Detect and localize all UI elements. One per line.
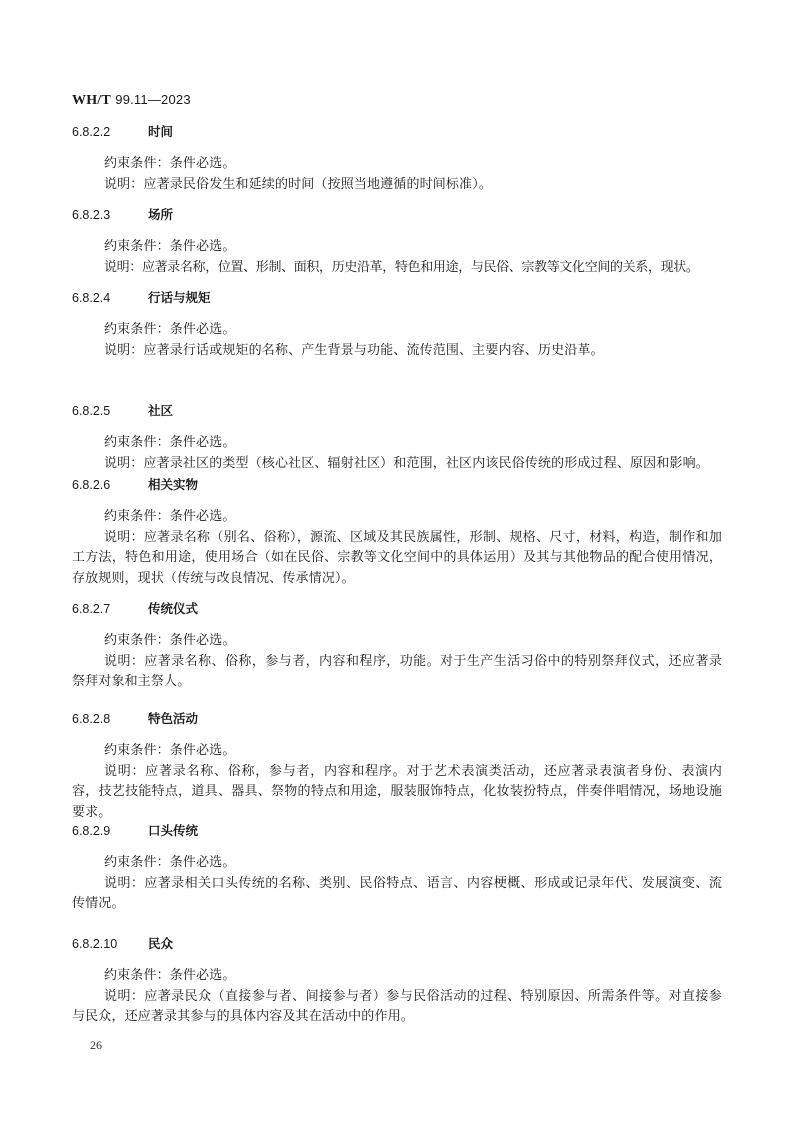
section-6-8-2-7: 6.8.2.7传统仪式 约束条件：条件必选。 说明：应著录名称、俗称，参与者，内… <box>72 600 722 693</box>
description-text: 说明：应著录名称、俗称，参与者，内容和程序，功能。对于生产生活习俗中的特别祭拜仪… <box>72 652 722 693</box>
section-title: 传统仪式 <box>148 601 198 616</box>
section-6-8-2-10: 6.8.2.10民众 约束条件：条件必选。 说明：应著录民众（直接参与者、间接参… <box>72 935 722 1028</box>
section-heading: 6.8.2.7传统仪式 <box>72 600 722 618</box>
section-heading: 6.8.2.3场所 <box>72 206 722 224</box>
constraint-text: 约束条件：条件必选。 <box>72 507 722 528</box>
section-number: 6.8.2.3 <box>72 206 148 224</box>
constraint-text: 约束条件：条件必选。 <box>72 966 722 987</box>
section-number: 6.8.2.4 <box>72 289 148 307</box>
section-title: 场所 <box>148 207 173 222</box>
section-heading: 6.8.2.8特色活动 <box>72 710 722 728</box>
section-number: 6.8.2.10 <box>72 935 148 953</box>
section-title: 社区 <box>148 403 173 418</box>
section-6-8-2-2: 6.8.2.2时间 约束条件：条件必选。 说明：应著录民俗发生和延续的时间（按照… <box>72 123 722 195</box>
description-text: 说明：应著录名称，位置、形制、面积，历史沿革，特色和用途，与民俗、宗教等文化空间… <box>72 258 722 279</box>
section-heading: 6.8.2.6相关实物 <box>72 476 722 494</box>
constraint-text: 约束条件：条件必选。 <box>72 237 722 258</box>
description-text: 说明：应著录行话或规矩的名称、产生背景与功能、流传范围、主要内容、历史沿革。 <box>72 341 722 362</box>
constraint-text: 约束条件：条件必选。 <box>72 154 722 175</box>
standard-number: 99.11—2023 <box>115 92 191 107</box>
section-6-8-2-9: 6.8.2.9口头传统 约束条件：条件必选。 说明：应著录相关口头传统的名称、类… <box>72 822 722 915</box>
constraint-text: 约束条件：条件必选。 <box>72 631 722 652</box>
section-6-8-2-8: 6.8.2.8特色活动 约束条件：条件必选。 说明：应著录名称、俗称，参与者，内… <box>72 710 722 823</box>
section-number: 6.8.2.2 <box>72 123 148 141</box>
section-6-8-2-6: 6.8.2.6相关实物 约束条件：条件必选。 说明：应著录名称（别名、俗称），源… <box>72 476 722 589</box>
section-6-8-2-4: 6.8.2.4行话与规矩 约束条件：条件必选。 说明：应著录行话或规矩的名称、产… <box>72 289 722 361</box>
section-title: 行话与规矩 <box>148 290 211 305</box>
standard-header: WH/T 99.11—2023 <box>72 92 191 109</box>
document-page: WH/T 99.11—2023 6.8.2.2时间 约束条件：条件必选。 说明：… <box>0 0 793 1122</box>
section-number: 6.8.2.5 <box>72 402 148 420</box>
description-text: 说明：应著录社区的类型（核心社区、辐射社区）和范围，社区内该民俗传统的形成过程、… <box>72 454 722 475</box>
description-text: 说明：应著录民众（直接参与者、间接参与者）参与民俗活动的过程、特别原因、所需条件… <box>72 987 722 1028</box>
section-number: 6.8.2.6 <box>72 476 148 494</box>
section-title: 特色活动 <box>148 711 198 726</box>
section-title: 时间 <box>148 124 173 139</box>
section-title: 民众 <box>148 936 173 951</box>
constraint-text: 约束条件：条件必选。 <box>72 320 722 341</box>
standard-org: WH/T <box>72 93 111 108</box>
section-6-8-2-3: 6.8.2.3场所 约束条件：条件必选。 说明：应著录名称，位置、形制、面积，历… <box>72 206 722 278</box>
constraint-text: 约束条件：条件必选。 <box>72 433 722 454</box>
section-title: 口头传统 <box>148 823 198 838</box>
description-text: 说明：应著录名称（别名、俗称），源流、区域及其民族属性，形制、规格、尺寸，材料，… <box>72 528 722 590</box>
section-heading: 6.8.2.9口头传统 <box>72 822 722 840</box>
section-number: 6.8.2.9 <box>72 822 148 840</box>
section-heading: 6.8.2.5社区 <box>72 402 722 420</box>
description-text: 说明：应著录名称、俗称，参与者，内容和程序。对于艺术表演类活动，还应著录表演者身… <box>72 762 722 824</box>
description-text: 说明：应著录相关口头传统的名称、类别、民俗特点、语言、内容梗概、形成或记录年代、… <box>72 874 722 915</box>
constraint-text: 约束条件：条件必选。 <box>72 741 722 762</box>
constraint-text: 约束条件：条件必选。 <box>72 853 722 874</box>
section-heading: 6.8.2.4行话与规矩 <box>72 289 722 307</box>
section-number: 6.8.2.7 <box>72 600 148 618</box>
description-text: 说明：应著录民俗发生和延续的时间（按照当地遵循的时间标准）。 <box>72 175 722 196</box>
section-heading: 6.8.2.10民众 <box>72 935 722 953</box>
section-6-8-2-5: 6.8.2.5社区 约束条件：条件必选。 说明：应著录社区的类型（核心社区、辐射… <box>72 402 722 474</box>
section-heading: 6.8.2.2时间 <box>72 123 722 141</box>
section-number: 6.8.2.8 <box>72 710 148 728</box>
section-title: 相关实物 <box>148 477 198 492</box>
page-number: 26 <box>90 1038 102 1053</box>
